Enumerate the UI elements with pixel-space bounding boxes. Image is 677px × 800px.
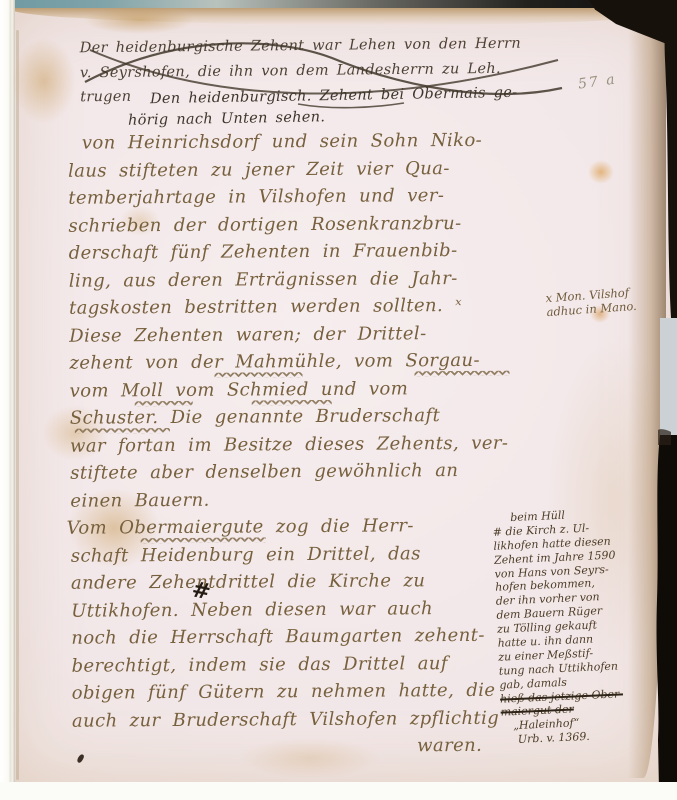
text-line: temberjahrtage in Vilshofen und ver-: [68, 181, 558, 212]
text-line: laus stifteten zu jener Zeit vier Qua-: [68, 154, 558, 185]
text-line: tagskosten bestritten werden sollten. ˣ: [69, 291, 559, 322]
wavy-underline: [414, 371, 509, 377]
scan-left-margin: [0, 0, 15, 800]
page-stack-edge-line: [16, 30, 19, 780]
text-line: noch die Herrschaft Baumgarten zehent-: [71, 621, 561, 652]
text-line: auch zur Bruderschaft Vilshofen zpflicht…: [72, 704, 562, 735]
wavy-underline: [141, 537, 266, 543]
scan-bottom-margin: [0, 782, 677, 800]
wavy-underline: [135, 401, 193, 406]
book-spine-shadow: [625, 0, 677, 800]
wavy-underline: [252, 400, 332, 406]
text-line: einen Bauern.: [70, 484, 560, 515]
text-line: derschaft fünf Zehenten in Frauenbib-: [69, 236, 559, 267]
text-line: berechtigt, indem sie das Drittel auf: [71, 649, 561, 680]
wavy-underline: [214, 372, 302, 378]
text-line: andere Zehentdrittel die Kirche zu: [71, 566, 561, 597]
text-line: Diese Zehenten waren; der Drittel-: [69, 319, 559, 350]
text-line: war fortan im Besitze dieses Zehents, ve…: [70, 429, 560, 460]
text-line: von Heinrichsdorf und sein Sohn Niko-: [82, 126, 558, 157]
text-line: schrieben der dortigen Rosenkranzbru-: [68, 209, 558, 240]
text-line: Uttikhofen. Neben diesen war auch: [71, 594, 561, 625]
wavy-underline: [75, 428, 170, 434]
text-line: obigen fünf Gütern zu nehmen hatte, die: [72, 676, 562, 707]
main-text-block: von Heinrichsdorf und sein Sohn Niko- la…: [68, 126, 562, 762]
text-line: schaft Heidenburg ein Drittel, das: [71, 539, 561, 570]
text-line: ling, aus deren Erträgnissen die Jahr-: [69, 264, 559, 295]
scanned-manuscript-page: Der heidenburgische Zehent war Lehen von…: [0, 0, 677, 800]
text-line: stiftete aber denselben gewöhnlich an: [70, 456, 560, 487]
